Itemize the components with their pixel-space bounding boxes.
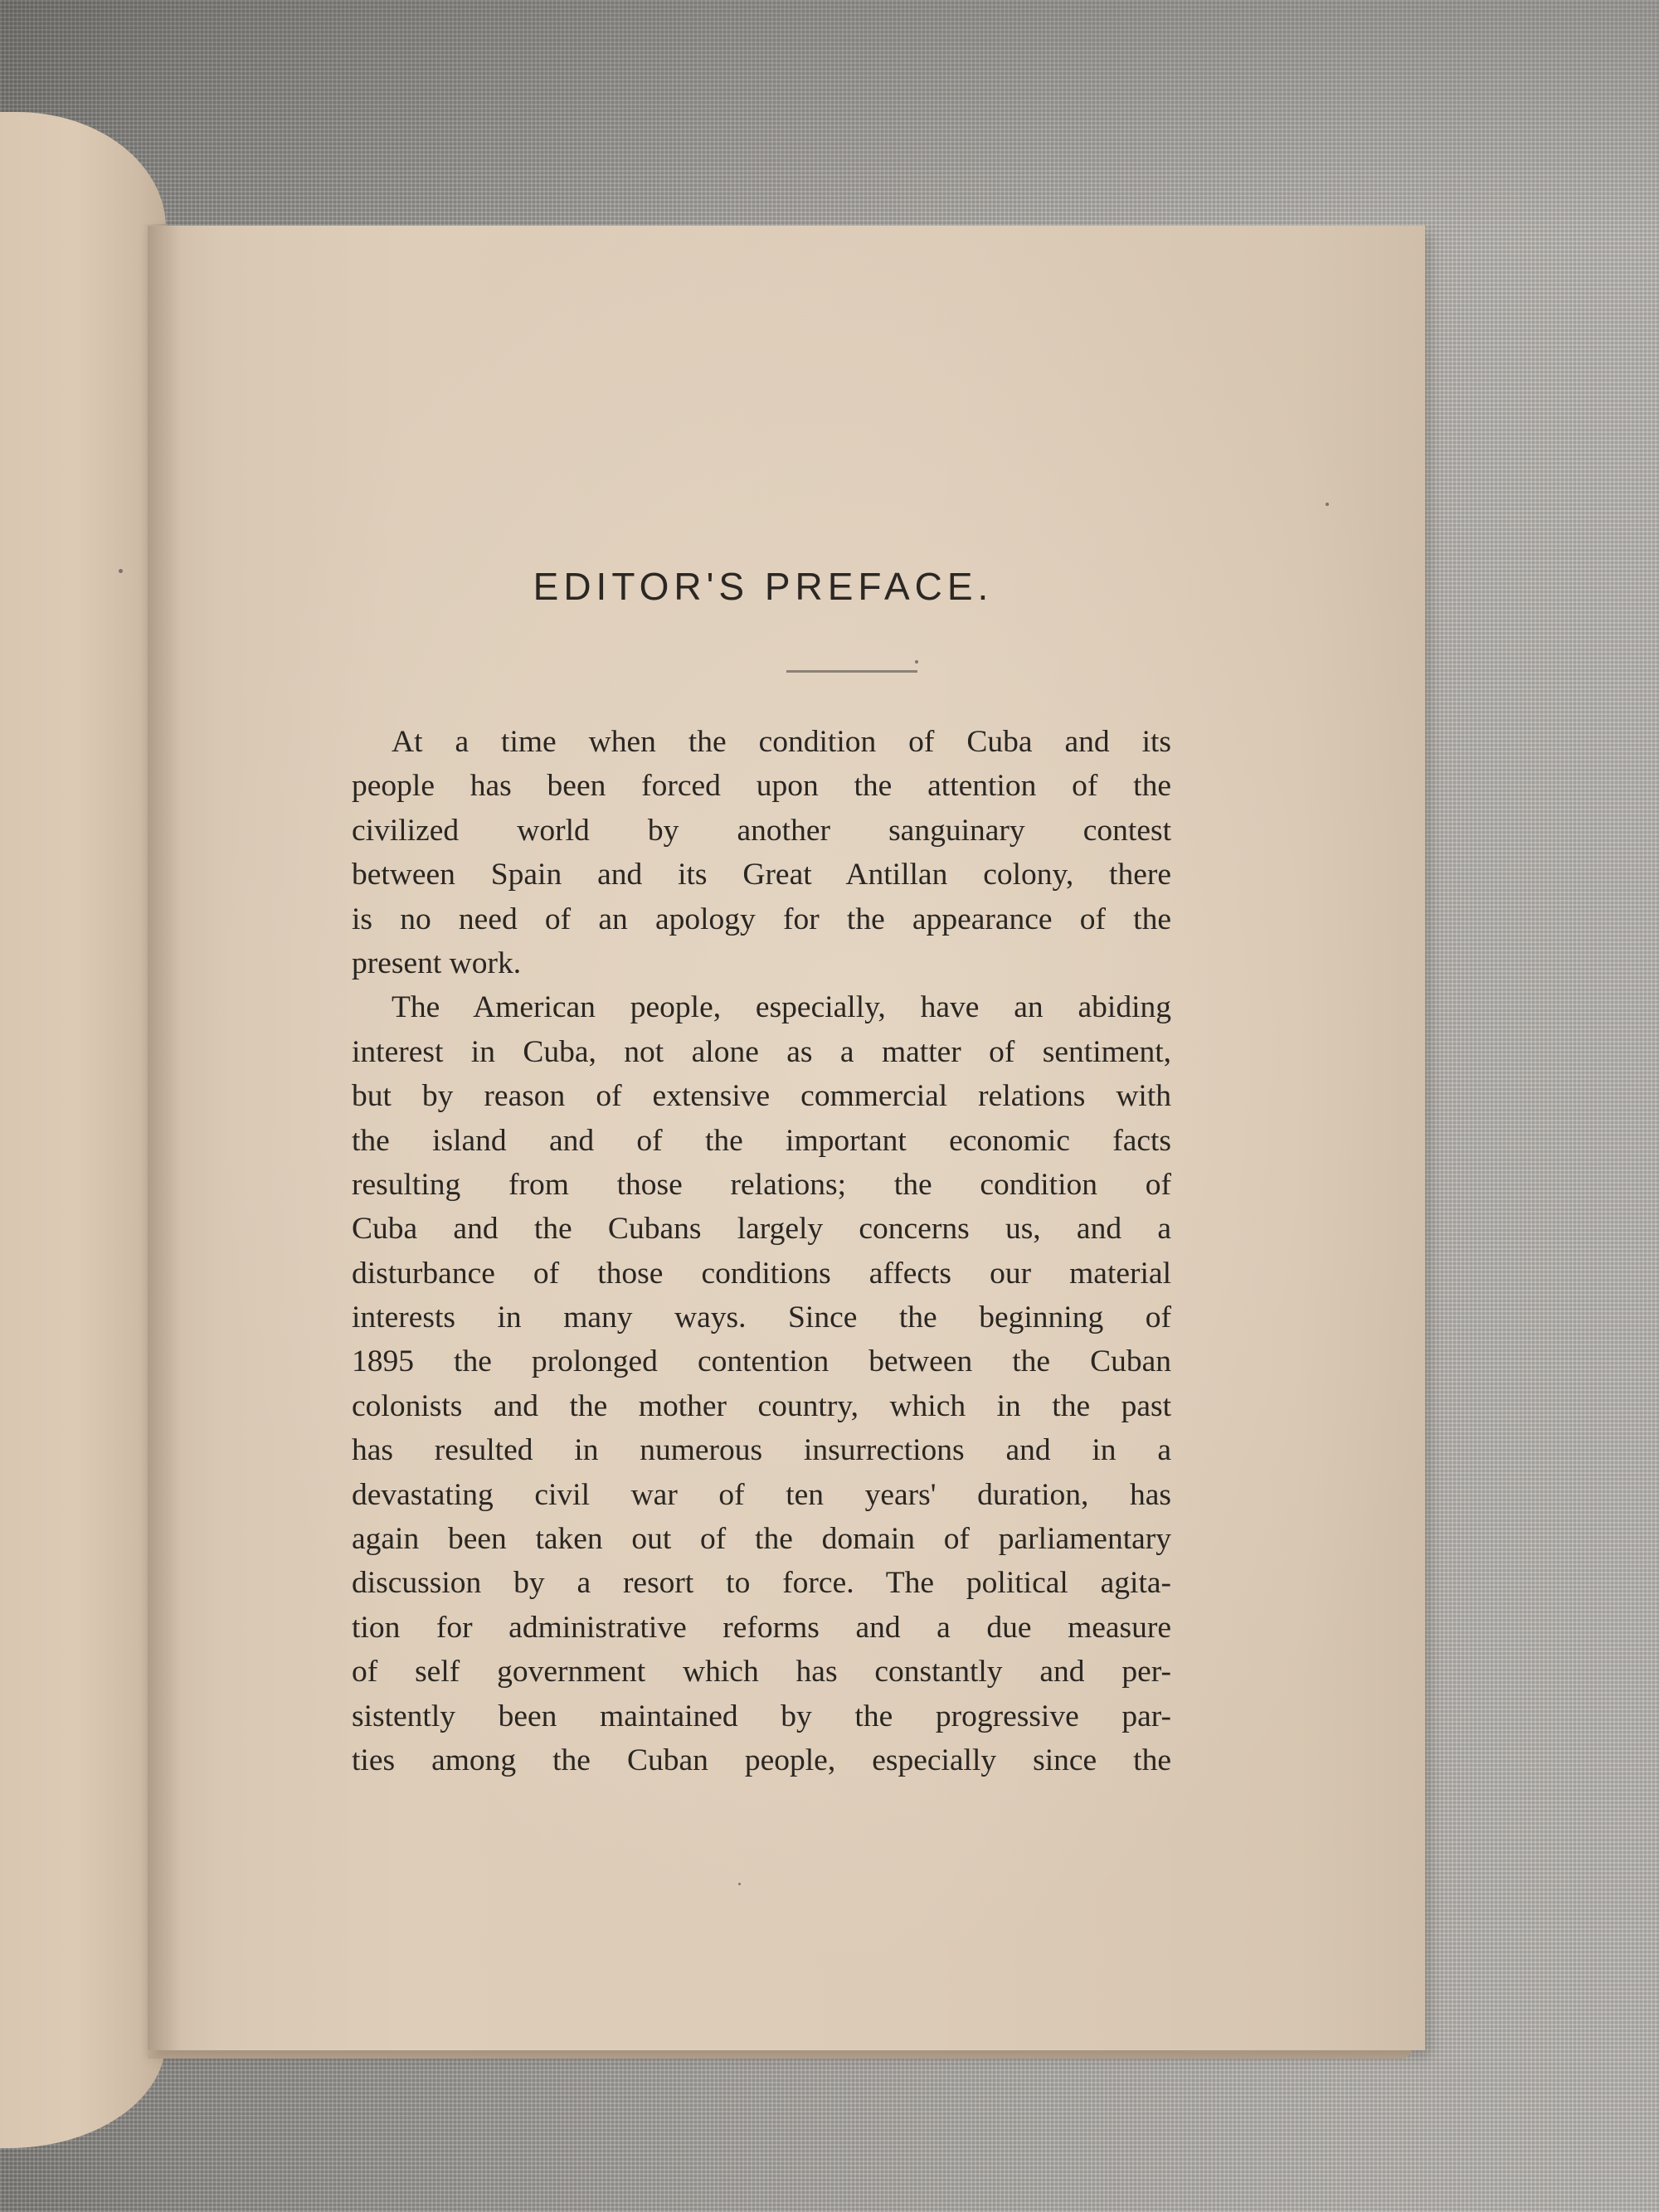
- paper-fleck: [119, 569, 123, 573]
- text-line: tion for administrative reforms and a du…: [352, 1606, 1171, 1650]
- text-line: colonists and the mother country, which …: [352, 1384, 1171, 1428]
- paragraph-1: At a time when the condition of Cuba and…: [352, 720, 1171, 985]
- text-line: has resulted in numerous insurrections a…: [352, 1428, 1171, 1472]
- paragraph-2: The American people, especially, have an…: [352, 985, 1171, 1782]
- text-line: disturbance of those conditions affects …: [352, 1252, 1171, 1296]
- text-line: resulting from those relations; the cond…: [352, 1163, 1171, 1207]
- text-line: ties among the Cuban people, especially …: [352, 1738, 1171, 1782]
- text-line: discussion by a resort to force. The pol…: [352, 1561, 1171, 1605]
- text-line: the island and of the important economic…: [352, 1119, 1171, 1163]
- text-line: 1895 the prolonged contention between th…: [352, 1339, 1171, 1383]
- background-cloth: [0, 0, 1659, 232]
- text-line: of self government which has constantly …: [352, 1650, 1171, 1694]
- text-line: interests in many ways. Since the beginn…: [352, 1296, 1171, 1339]
- paper-fleck: [915, 660, 918, 664]
- text-line: devastating civil war of ten years' dura…: [352, 1473, 1171, 1517]
- text-line: interest in Cuba, not alone as a matter …: [352, 1030, 1171, 1074]
- text-line: civilized world by another sanguinary co…: [352, 809, 1171, 853]
- paper-fleck: [1326, 503, 1329, 506]
- paper-fleck: [738, 1883, 741, 1885]
- text-line: Cuba and the Cubans largely concerns us,…: [352, 1207, 1171, 1251]
- text-line: is no need of an apology for the appeara…: [352, 897, 1171, 941]
- text-line: present work.: [352, 941, 1171, 985]
- text-line: The American people, especially, have an…: [352, 985, 1171, 1029]
- body-text: At a time when the condition of Cuba and…: [352, 720, 1171, 1782]
- gutter-shadow: [148, 226, 181, 2050]
- title-rule-divider: [786, 670, 917, 673]
- page-title: EDITOR'S PREFACE.: [465, 564, 1062, 609]
- text-line: between Spain and its Great Antillan col…: [352, 853, 1171, 897]
- text-line: again been taken out of the domain of pa…: [352, 1517, 1171, 1561]
- text-line: sistently been maintained by the progres…: [352, 1694, 1171, 1738]
- text-line: people has been forced upon the attentio…: [352, 764, 1171, 808]
- text-line: At a time when the condition of Cuba and…: [352, 720, 1171, 764]
- text-line: but by reason of extensive commercial re…: [352, 1074, 1171, 1118]
